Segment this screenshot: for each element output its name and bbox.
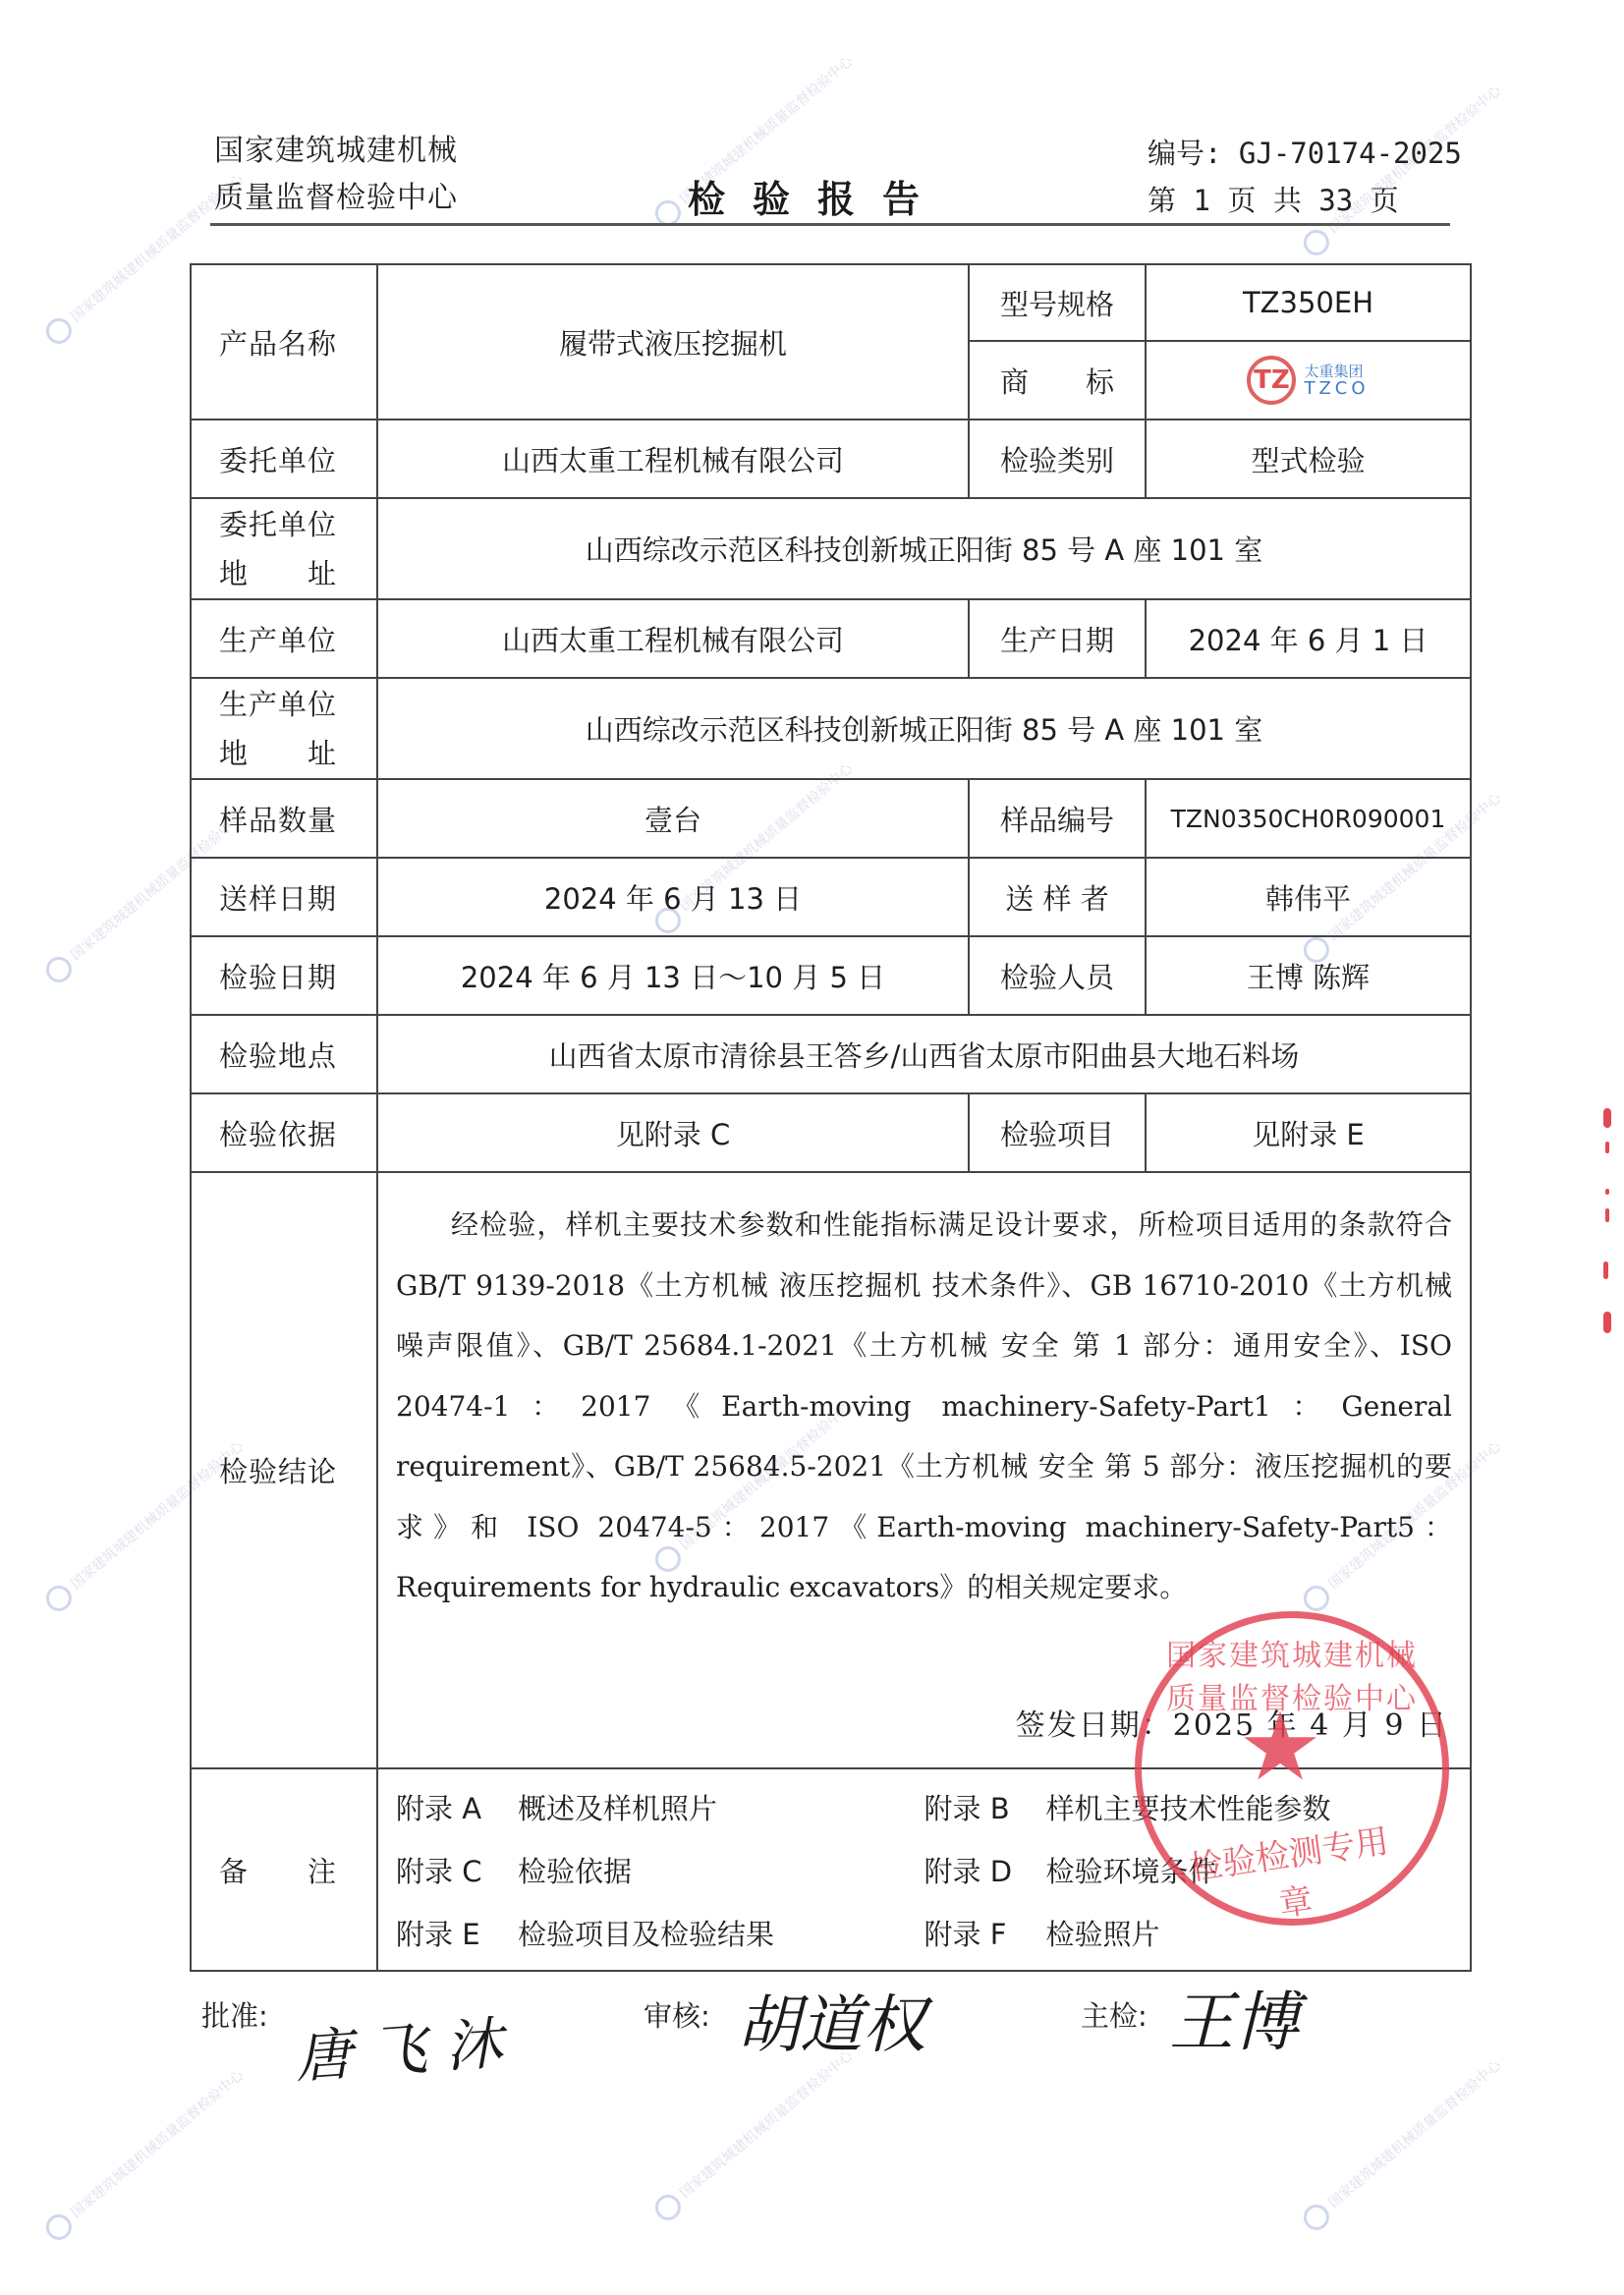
delivery-date-value: 2024 年 6 月 13 日 (377, 858, 969, 936)
org-name-line2: 质量监督检验中心 (214, 173, 458, 216)
watermark: 国家建筑城建机械质量监督检验中心 (650, 2044, 860, 2225)
product-name-value: 履带式液压挖掘机 (377, 264, 969, 420)
report-title: 检验报告 (688, 169, 947, 223)
watermark: 国家建筑城建机械质量监督检验中心 (41, 2064, 251, 2245)
manufacturer-value: 山西太重工程机械有限公司 (377, 599, 969, 678)
inspection-type-value: 型式检验 (1146, 420, 1471, 498)
edge-seal-mark (1603, 1312, 1611, 1333)
edge-seal-mark (1605, 1208, 1609, 1222)
report-table: 产品名称 履带式液压挖掘机 型号规格 TZ350EH 商 标 TZ 太重集团 T… (190, 263, 1472, 1972)
appendix-b: 附录 B 样机主要技术性能参数 (924, 1787, 1453, 1827)
page-info: 第 1 页 共 33 页 (1148, 179, 1399, 219)
production-date-value: 2024 年 6 月 1 日 (1146, 599, 1471, 678)
manufacturer-address-value: 山西综改示范区科技创新城正阳街 85 号 A 座 101 室 (377, 678, 1471, 779)
production-date-label: 生产日期 (969, 599, 1146, 678)
tz-logo-icon: TZ (1247, 356, 1296, 405)
report-number: 编号: GJ-70174-2025 (1148, 132, 1462, 172)
items-label: 检验项目 (969, 1093, 1146, 1172)
edge-seal-mark (1603, 1108, 1611, 1128)
edge-seal-mark (1603, 1261, 1608, 1279)
inspectors-label: 检验人员 (969, 936, 1146, 1015)
model-label: 型号规格 (969, 264, 1146, 341)
appendix-f: 附录 F 检验照片 (924, 1913, 1453, 1953)
inspection-date-value: 2024 年 6 月 13 日～10 月 5 日 (377, 936, 969, 1015)
basis-value: 见附录 C (377, 1093, 969, 1172)
approve-label: 批准: (201, 1994, 268, 2035)
watermark: 国家建筑城建机械质量监督检验中心 (1299, 2054, 1508, 2235)
client-label: 委托单位 (191, 420, 377, 498)
sample-qty-value: 壹台 (377, 779, 969, 858)
client-value: 山西太重工程机械有限公司 (377, 420, 969, 498)
notes-label: 备 注 (191, 1768, 377, 1971)
inspectors-value: 王博 陈辉 (1146, 936, 1471, 1015)
edge-seal-mark (1605, 1189, 1609, 1195)
product-name-label: 产品名称 (191, 264, 377, 420)
inspection-type-label: 检验类别 (969, 420, 1146, 498)
deliverer-value: 韩伟平 (1146, 858, 1471, 936)
chief-signature: 王博 (1169, 1970, 1299, 2063)
location-value: 山西省太原市清徐县王答乡/山西省太原市阳曲县大地石料场 (377, 1015, 1471, 1093)
notes-cell: 附录 A 概述及样机照片 附录 B 样机主要技术性能参数 附录 C 检验依据 附… (377, 1768, 1471, 1971)
manufacturer-label: 生产单位 (191, 599, 377, 678)
model-value: TZ350EH (1146, 264, 1471, 341)
items-value: 见附录 E (1146, 1093, 1471, 1172)
client-address-label: 委托单位 地 址 (191, 498, 377, 599)
chief-label: 主检: (1081, 1994, 1148, 2035)
delivery-date-label: 送样日期 (191, 858, 377, 936)
location-label: 检验地点 (191, 1015, 377, 1093)
approve-signature: 唐 飞 沐 (292, 1997, 504, 2095)
inspection-date-label: 检验日期 (191, 936, 377, 1015)
org-name-line1: 国家建筑城建机械 (214, 126, 458, 169)
manufacturer-address-label: 生产单位 地 址 (191, 678, 377, 779)
edge-seal-mark (1605, 1142, 1609, 1153)
review-label: 审核: (644, 1994, 710, 2035)
conclusion-cell: 经检验，样机主要技术参数和性能指标满足设计要求，所检项目适用的条款符合 GB/T… (377, 1172, 1471, 1768)
sample-no-label: 样品编号 (969, 779, 1146, 858)
issue-date: 签发日期：2025 年 4 月 9 日 (1016, 1696, 1448, 1757)
sample-qty-label: 样品数量 (191, 779, 377, 858)
header-divider (210, 223, 1450, 226)
brand-logo-cell: TZ 太重集团 TZCO (1146, 341, 1471, 420)
brand-en: TZCO (1304, 378, 1369, 399)
appendix-c: 附录 C 检验依据 (396, 1850, 924, 1890)
review-signature: 胡道权 (737, 1975, 925, 2065)
deliverer-label: 送 样 者 (969, 858, 1146, 936)
appendix-a: 附录 A 概述及样机照片 (396, 1787, 924, 1827)
conclusion-label: 检验结论 (191, 1172, 377, 1768)
sample-no-value: TZN0350CH0R090001 (1146, 779, 1471, 858)
basis-label: 检验依据 (191, 1093, 377, 1172)
brand-label: 商 标 (969, 341, 1146, 420)
conclusion-text: 经检验，样机主要技术参数和性能指标满足设计要求，所检项目适用的条款符合 GB/T… (396, 1195, 1452, 1618)
client-address-value: 山西综改示范区科技创新城正阳街 85 号 A 座 101 室 (377, 498, 1471, 599)
brand-logo: TZ 太重集团 TZCO (1247, 356, 1369, 405)
appendix-e: 附录 E 检验项目及检验结果 (396, 1913, 924, 1953)
appendix-d: 附录 D 检验环境条件 (924, 1850, 1453, 1890)
